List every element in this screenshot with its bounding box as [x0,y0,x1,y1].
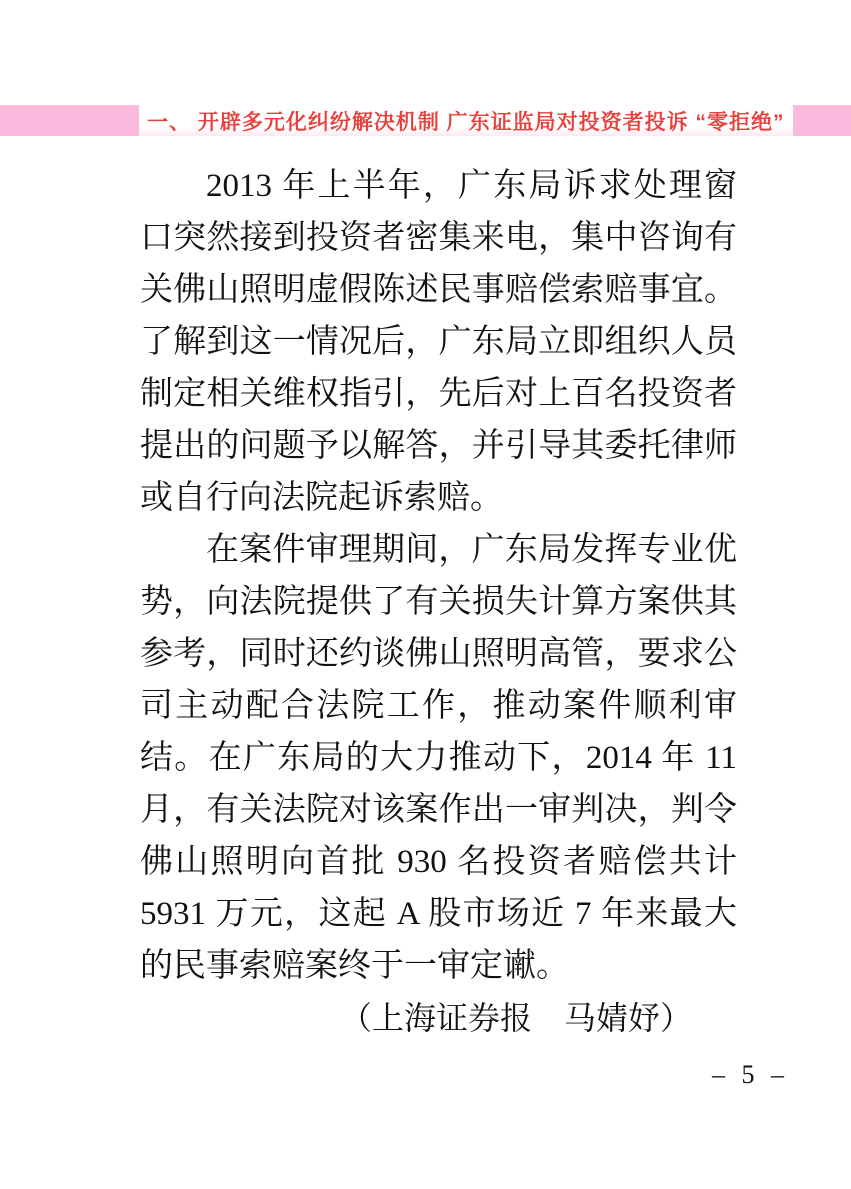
section-title: 一、 开辟多元化纠纷解决机制 广东证监局对投资者投诉 “零拒绝” [147,106,785,136]
banner-right-bar [793,105,851,136]
section-banner: 一、 开辟多元化纠纷解决机制 广东证监局对投资者投诉 “零拒绝” [0,105,851,136]
article-body: 2013 年上半年，广东局诉求处理窗口突然接到投资者密集来电，集中咨询有关佛山照… [140,160,737,1044]
banner-title-area: 一、 开辟多元化纠纷解决机制 广东证监局对投资者投诉 “零拒绝” [139,105,793,136]
attribution-line: （上海证券报 马婧妤） [140,992,737,1044]
body-paragraph-1: 2013 年上半年，广东局诉求处理窗口突然接到投资者密集来电，集中咨询有关佛山照… [140,160,737,524]
banner-left-bar [0,105,139,136]
document-page: 一、 开辟多元化纠纷解决机制 广东证监局对投资者投诉 “零拒绝” 2013 年上… [0,0,851,1189]
page-number: – 5 – [712,1060,789,1090]
body-paragraph-2: 在案件审理期间，广东局发挥专业优势，向法院提供了有关损失计算方案供其参考，同时还… [140,524,737,992]
